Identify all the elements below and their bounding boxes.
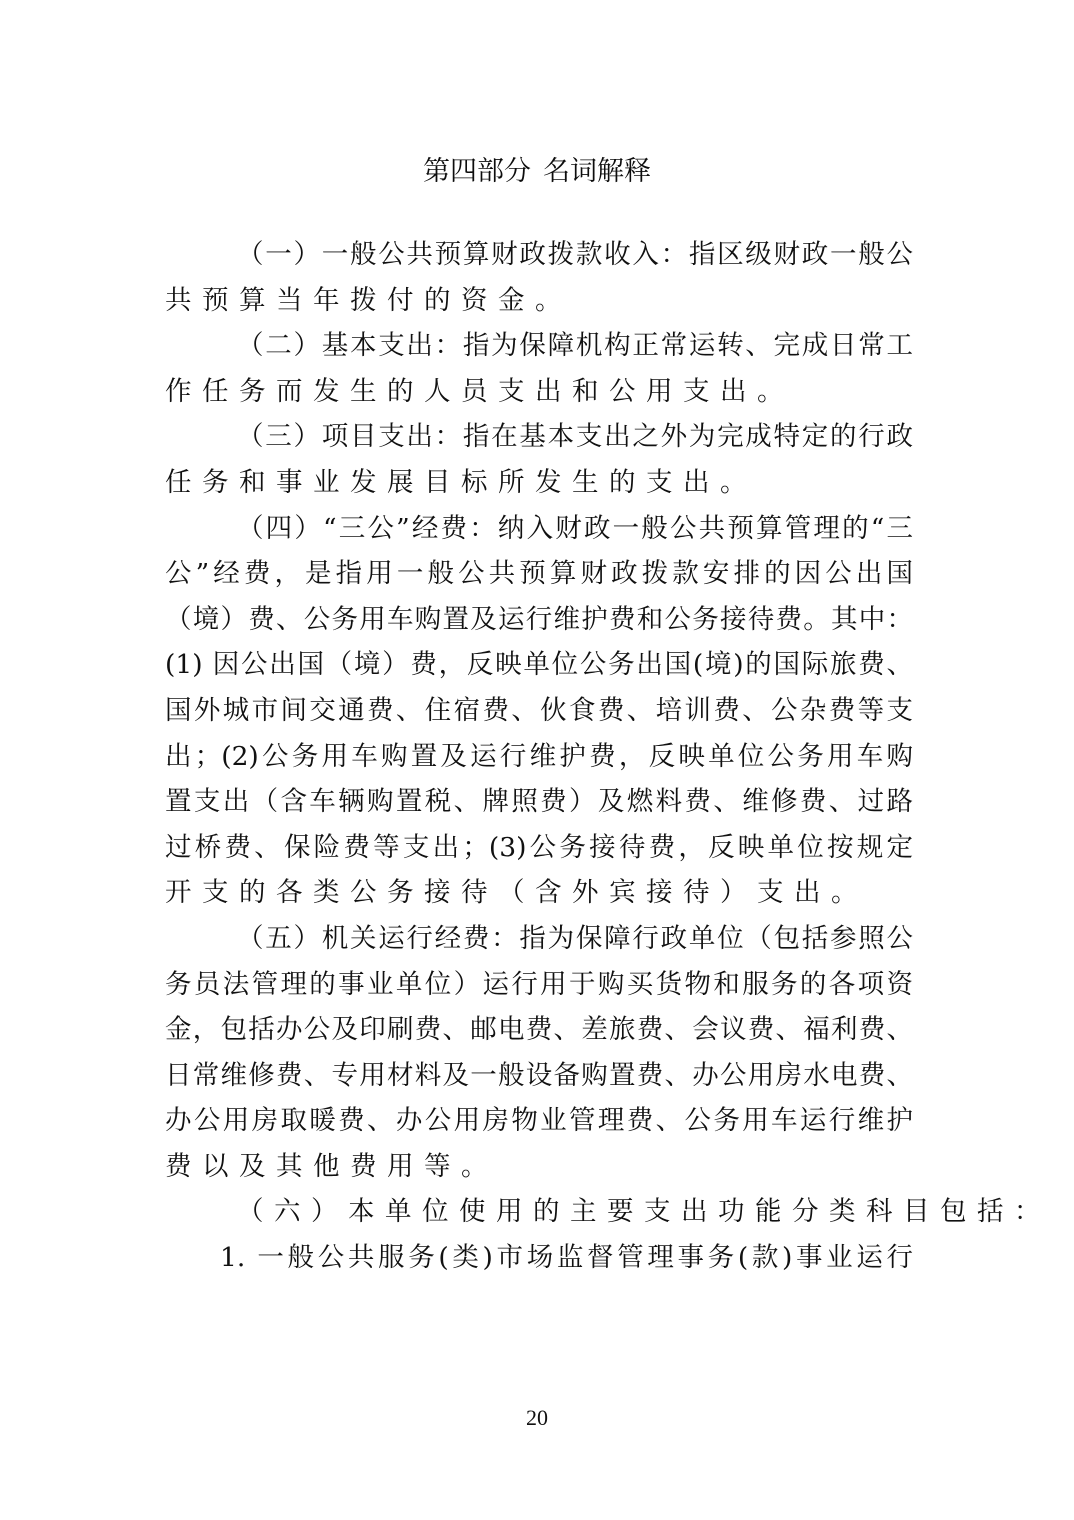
- text-line: （六）本单位使用的主要支出功能分类科目包括：: [165, 1189, 913, 1235]
- text-line: (1) 因公出国（境）费，反映单位公务出国(境)的国际旅费、: [165, 642, 913, 688]
- title-part: 第四部分: [423, 156, 531, 187]
- text-line: （二）基本支出：指为保障机构正常运转、完成日常工: [165, 323, 913, 369]
- text-line: （一）一般公共预算财政拨款收入：指区级财政一般公: [165, 232, 913, 278]
- text-line: 办公用房取暖费、办公用房物业管理费、公务用车运行维护: [165, 1098, 913, 1144]
- text-line: （五）机关运行经费：指为保障行政单位（包括参照公: [165, 916, 913, 962]
- paragraph-basic-expenditure: （二）基本支出：指为保障机构正常运转、完成日常工 作任务而发生的人员支出和公用支…: [165, 323, 913, 414]
- text-line: 过桥费、保险费等支出；(3)公务接待费，反映单位按规定: [165, 825, 913, 871]
- text-line: 共预算当年拨付的资金。: [165, 278, 913, 324]
- text-line: 出；(2)公务用车购置及运行维护费，反映单位公务用车购: [165, 734, 913, 780]
- paragraph-general-budget-revenue: （一）一般公共预算财政拨款收入：指区级财政一般公 共预算当年拨付的资金。: [165, 232, 913, 323]
- text-line: 务员法管理的事业单位）运行用于购买货物和服务的各项资: [165, 962, 913, 1008]
- text-line: 日常维修费、专用材料及一般设备购置费、办公用房水电费、: [165, 1053, 913, 1099]
- text-line: 国外城市间交通费、住宿费、伙食费、培训费、公杂费等支: [165, 688, 913, 734]
- paragraph-project-expenditure: （三）项目支出：指在基本支出之外为完成特定的行政 任务和事业发展目标所发生的支出…: [165, 414, 913, 505]
- text-line: 任务和事业发展目标所发生的支出。: [165, 460, 913, 506]
- list-item-category-1: 1. 一般公共服务(类)市场监督管理事务(款)事业运行: [165, 1235, 913, 1281]
- text-line: 1. 一般公共服务(类)市场监督管理事务(款)事业运行: [165, 1235, 913, 1281]
- text-line: （境）费、公务用车购置及运行维护费和公务接待费。其中：: [165, 597, 913, 643]
- paragraph-agency-operating-expenses: （五）机关运行经费：指为保障行政单位（包括参照公 务员法管理的事业单位）运行用于…: [165, 916, 913, 1190]
- text-line: 费以及其他费用等。: [165, 1144, 913, 1190]
- text-line: 置支出（含车辆购置税、牌照费）及燃料费、维修费、过路: [165, 779, 913, 825]
- paragraph-three-public-expenses: （四）“三公”经费：纳入财政一般公共预算管理的“三 公”经费，是指用一般公共预算…: [165, 506, 913, 916]
- title-name: 名词解释: [543, 156, 651, 187]
- text-line: 公”经费，是指用一般公共预算财政拨款安排的因公出国: [165, 551, 913, 597]
- page-number: 20: [0, 1405, 1074, 1431]
- text-line: 作任务而发生的人员支出和公用支出。: [165, 369, 913, 415]
- page-title: 第四部分名词解释: [0, 152, 1074, 192]
- text-line: 金，包括办公及印刷费、邮电费、差旅费、会议费、福利费、: [165, 1007, 913, 1053]
- text-line: （四）“三公”经费：纳入财政一般公共预算管理的“三: [165, 506, 913, 552]
- text-line: （三）项目支出：指在基本支出之外为完成特定的行政: [165, 414, 913, 460]
- paragraph-expenditure-categories: （六）本单位使用的主要支出功能分类科目包括：: [165, 1189, 913, 1235]
- text-line: 开支的各类公务接待（含外宾接待）支出。: [165, 870, 913, 916]
- body-text: （一）一般公共预算财政拨款收入：指区级财政一般公 共预算当年拨付的资金。 （二）…: [165, 232, 913, 1281]
